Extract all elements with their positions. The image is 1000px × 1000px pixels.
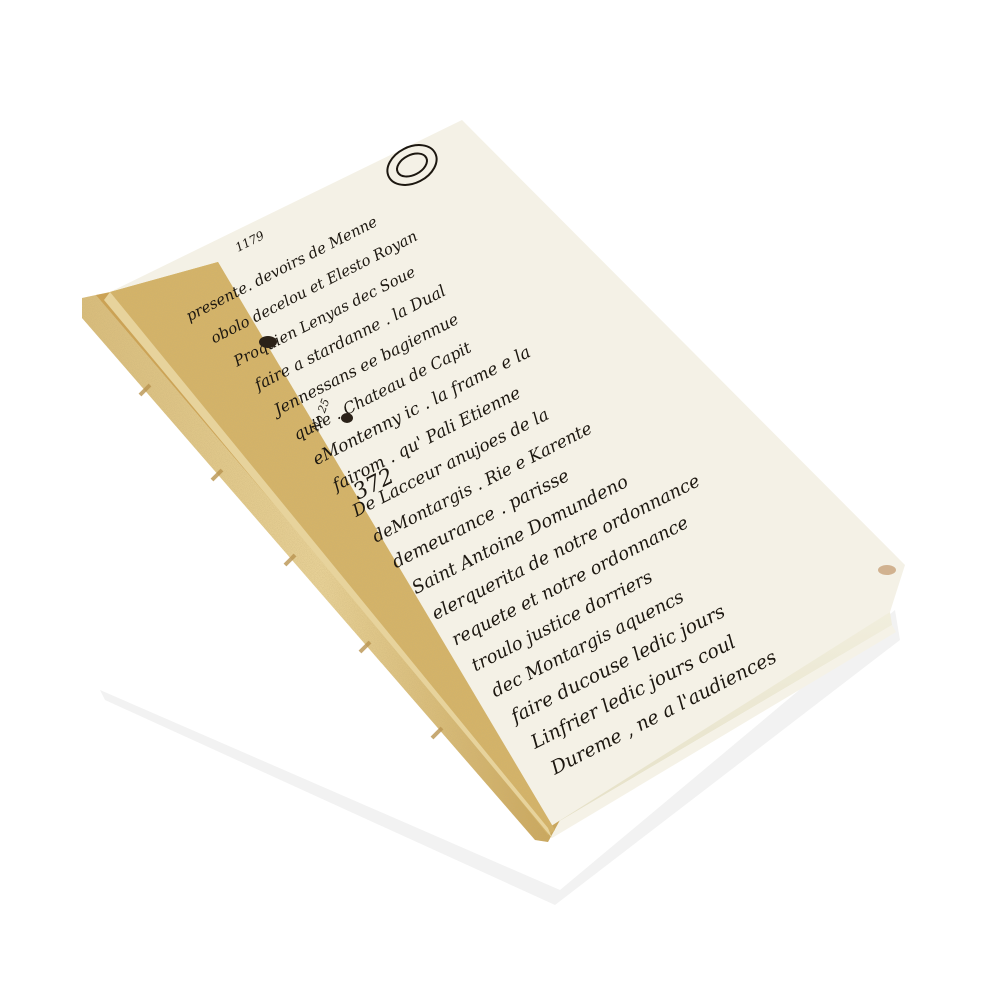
book-photo: presente. devoirs de Menne obolo decelou… bbox=[0, 0, 1000, 1000]
stain bbox=[878, 565, 896, 575]
ink-blot bbox=[341, 413, 353, 423]
ink-blot bbox=[259, 336, 277, 348]
